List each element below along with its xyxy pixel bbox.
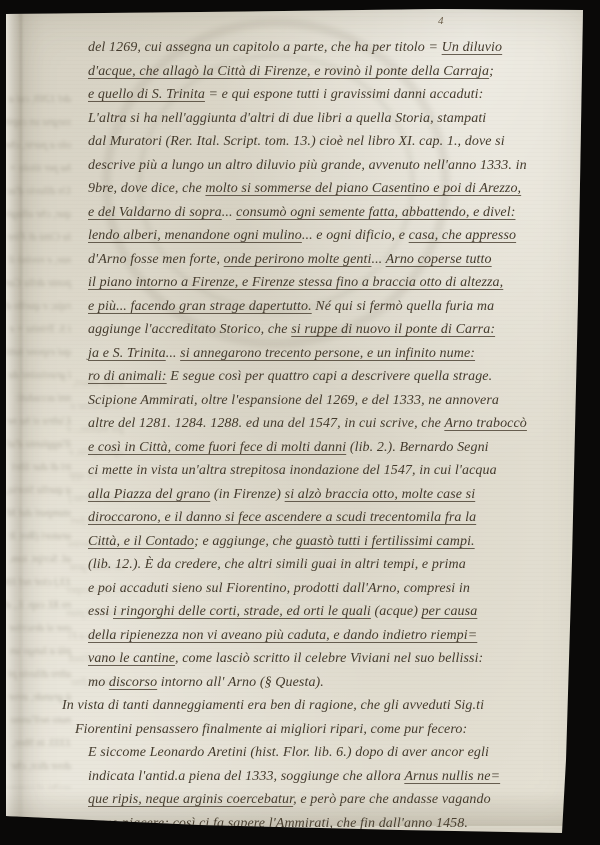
- text-passage: Fiorentini pensassero finalmente ai migl…: [75, 722, 467, 737]
- scan-background: { "page": { "number": "4" }, "colors": {…: [0, 0, 600, 845]
- underlined-passage: i ringorghi delle corti, strade, ed orti…: [113, 604, 371, 619]
- underlined-passage: casa, che appresso: [409, 228, 516, 243]
- underlined-passage: molto si sommerse del piano Casentino e …: [205, 181, 521, 196]
- text-passage: ...: [166, 346, 180, 361]
- manuscript-line: descrive più a lungo un altro diluvio pi…: [88, 154, 576, 178]
- text-passage: ...: [371, 252, 385, 267]
- text-passage: descrive più a lungo un altro diluvio pi…: [88, 158, 527, 173]
- underlined-passage: onde perirono molte genti: [224, 252, 372, 267]
- text-passage: mo: [88, 675, 109, 690]
- binding-crease: [20, 12, 22, 818]
- underlined-passage: ro di animali:: [88, 369, 167, 384]
- text-passage: ... e ogni dificio, e: [302, 228, 409, 243]
- manuscript-line: ro di animali: E segue così per quattro …: [88, 365, 576, 389]
- manuscript-line: e così in Città, come fuori fece di molt…: [88, 436, 576, 460]
- manuscript-line: lendo alberi, menandone ogni mulino... e…: [88, 224, 576, 248]
- manuscript-line: Scipione Ammirati, oltre l'espansione de…: [88, 389, 576, 413]
- underlined-passage: guastò tutti i fertilissimi campi.: [296, 534, 475, 549]
- page-left-edge: [6, 12, 19, 818]
- manuscript-line: e poi accaduti sieno sul Fiorentino, pro…: [88, 577, 576, 601]
- underlined-passage: si alzò braccia otto, molte case si: [285, 487, 476, 502]
- text-passage: del 1269, cui assegna un capitolo a part…: [88, 40, 442, 55]
- page-bottom-shadow: [6, 790, 566, 826]
- underlined-passage: lendo alberi, menandone ogni mulino: [88, 228, 302, 243]
- manuscript-line: e più... facendo gran strage dapertutto.…: [88, 295, 576, 319]
- manuscript-line: L'altra si ha nell'aggiunta d'altri di d…: [88, 107, 576, 131]
- manuscript-line: indicata l'antid.a piena del 1333, soggi…: [88, 765, 576, 789]
- manuscript-line: altre del 1281. 1284. 1288. ed una del 1…: [88, 412, 576, 436]
- underlined-passage: diroccarono, e il danno si fece ascender…: [88, 510, 476, 525]
- manuscript-line: alla Piazza del grano (in Firenze) si al…: [88, 483, 576, 507]
- underlined-passage: e del Valdarno di sopra: [88, 205, 222, 220]
- text-passage: ;: [489, 64, 494, 79]
- manuscript-line: diroccarono, e il danno si fece ascender…: [88, 506, 576, 530]
- manuscript-line: il piano intorno a Firenze, e Firenze st…: [88, 271, 576, 295]
- text-passage: (acque): [371, 604, 422, 619]
- underlined-passage: Un diluvio: [442, 40, 503, 55]
- text-passage: e poi accaduti sieno sul Fiorentino, pro…: [88, 581, 470, 596]
- manuscript-line: e quello di S. Trinita = e qui espone tu…: [88, 83, 576, 107]
- underlined-passage: e così in Città, come fuori fece di molt…: [88, 440, 346, 455]
- underlined-passage: alla Piazza del grano: [88, 487, 210, 502]
- manuscript-line: e del Valdarno di sopra... consumò ogni …: [88, 201, 576, 225]
- manuscript-line: del 1269, cui assegna un capitolo a part…: [88, 36, 576, 60]
- underlined-passage: consumò ogni semente fatta, abbattendo, …: [236, 205, 515, 220]
- underlined-passage: d'acque, che allagò la Città di Firenze,…: [88, 64, 489, 79]
- manuscript-scan: del 1269, cui assegna un capitolo a part…: [0, 0, 600, 845]
- manuscript-line: ci mette in vista un'altra strepitosa in…: [88, 459, 576, 483]
- text-passage: altre del 1281. 1284. 1288. ed una del 1…: [88, 416, 444, 431]
- text-passage: L'altra si ha nell'aggiunta d'altri di d…: [88, 111, 486, 126]
- manuscript-page: del 1269, cui assegna un capitolo a part…: [0, 0, 600, 845]
- text-passage: aggiunge l'accreditato Storico, che: [88, 322, 291, 337]
- text-passage: In vista di tanti danneggiamenti era ben…: [62, 698, 484, 713]
- text-passage: ...: [222, 205, 236, 220]
- manuscript-line: aggiunge l'accreditato Storico, che si r…: [88, 318, 576, 342]
- manuscript-line: Fiorentini pensassero finalmente ai migl…: [75, 718, 576, 742]
- underlined-passage: per causa: [422, 604, 478, 619]
- text-passage: 9bre, dove dice, che: [88, 181, 205, 196]
- manuscript-line: dal Muratori (Rer. Ital. Script. tom. 13…: [88, 130, 576, 154]
- manuscript-line: E siccome Leonardo Aretini (hist. Flor. …: [88, 741, 576, 765]
- manuscript-line: mo discorso intorno all' Arno (§ Questa)…: [88, 671, 576, 695]
- text-passage: , come lasciò scritto il celebre Viviani…: [175, 651, 483, 666]
- text-passage: essi: [88, 604, 113, 619]
- text-passage: (in Firenze): [210, 487, 284, 502]
- underlined-passage: Città, e il Contado: [88, 534, 194, 549]
- text-passage: intorno all' Arno (§ Questa).: [157, 675, 324, 690]
- manuscript-line: In vista di tanti danneggiamenti era ben…: [62, 694, 576, 718]
- manuscript-line: essi i ringorghi delle corti, strade, ed…: [88, 600, 576, 624]
- text-passage: (lib. 2.). Bernardo Segni: [346, 440, 488, 455]
- text-passage: dal Muratori (Rer. Ital. Script. tom. 13…: [88, 134, 505, 149]
- underlined-passage: ja e S. Trinita: [88, 346, 166, 361]
- page-number: 4: [438, 15, 444, 27]
- manuscript-line: (lib. 12.). È da credere, che altri simi…: [88, 553, 576, 577]
- text-passage: ci mette in vista un'altra strepitosa in…: [88, 463, 497, 478]
- manuscript-line: 9bre, dove dice, che molto si sommerse d…: [88, 177, 576, 201]
- manuscript-line: vano le cantine, come lasciò scritto il …: [88, 647, 576, 671]
- manuscript-line: d'acque, che allagò la Città di Firenze,…: [88, 60, 576, 84]
- underlined-passage: si ruppe di nuovo il ponte di Carra:: [291, 322, 495, 337]
- text-passage: Né qui si fermò quella furia ma: [312, 299, 494, 314]
- underlined-passage: vano le cantine: [88, 651, 175, 666]
- manuscript-line: ja e S. Trinita... si annegarono trecent…: [88, 342, 576, 366]
- manuscript-line: Città, e il Contado; e aggiunge, che gua…: [88, 530, 576, 554]
- underlined-passage: si annegarono trecento persone, e un inf…: [180, 346, 475, 361]
- text-passage: Scipione Ammirati, oltre l'espansione de…: [88, 393, 499, 408]
- text-passage: E segue così per quattro capi a descrive…: [167, 369, 493, 384]
- manuscript-line: d'Arno fosse men forte, onde perirono mo…: [88, 248, 576, 272]
- text-passage: ; e aggiunge, che: [194, 534, 296, 549]
- text-passage: indicata l'antid.a piena del 1333, soggi…: [88, 769, 404, 784]
- underlined-passage: il piano intorno a Firenze, e Firenze st…: [88, 275, 503, 290]
- underlined-passage: Arno coperse tutto: [386, 252, 492, 267]
- underlined-passage: discorso: [109, 675, 157, 690]
- text-passage: = e qui espone tutti i gravissimi danni …: [205, 87, 483, 102]
- text-passage: (lib. 12.). È da credere, che altri simi…: [88, 557, 466, 572]
- text-passage: E siccome Leonardo Aretini (hist. Flor. …: [88, 745, 489, 760]
- underlined-passage: della ripienezza non vi aveano più cadut…: [88, 628, 477, 643]
- underlined-passage: e più... facendo gran strage dapertutto.: [88, 299, 312, 314]
- text-passage: d'Arno fosse men forte,: [88, 252, 224, 267]
- underlined-passage: Arno traboccò: [444, 416, 527, 431]
- manuscript-line: della ripienezza non vi aveano più cadut…: [88, 624, 576, 648]
- manuscript-text: del 1269, cui assegna un capitolo a part…: [88, 36, 576, 835]
- underlined-passage: Arnus nullis ne=: [404, 769, 500, 784]
- underlined-passage: e quello di S. Trinita: [88, 87, 205, 102]
